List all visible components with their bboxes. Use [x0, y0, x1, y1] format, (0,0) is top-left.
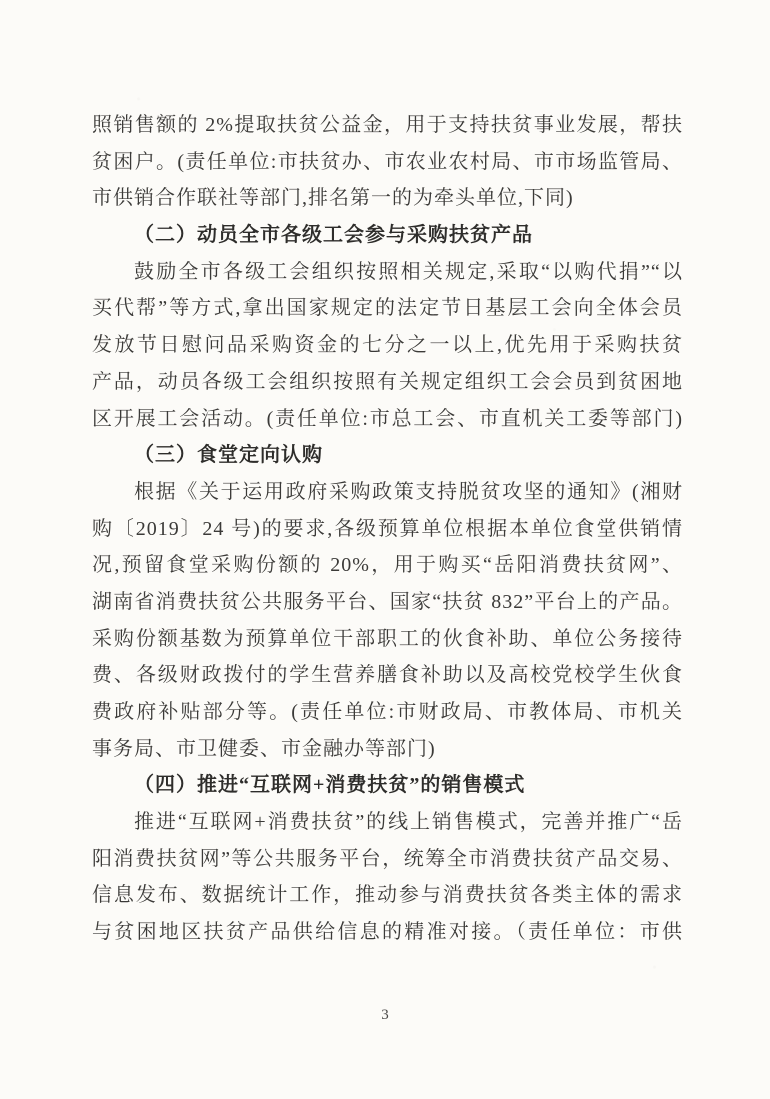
- text-line: 费政府补贴部分等。(责任单位:市财政局、市教体局、市机关: [92, 694, 683, 731]
- text-line: 湖南省消费扶贫公共服务平台、国家“扶贫 832”平台上的产品。: [92, 584, 683, 621]
- text-line: 鼓励全市各级工会组织按照相关规定,采取“以购代捐”“以: [92, 254, 683, 291]
- text-line: 发放节日慰问品采购资金的七分之一以上,优先用于采购扶贫: [92, 327, 683, 364]
- document-page: 照销售额的 2%提取扶贫公益金，用于支持扶贫事业发展，帮扶贫困户。(责任单位:市…: [0, 0, 770, 1099]
- text-line: 区开展工会活动。(责任单位:市总工会、市直机关工委等部门): [92, 401, 683, 438]
- text-line: 与贫困地区扶贫产品供给信息的精准对接。（责任单位：市供: [92, 914, 683, 951]
- text-line: 信息发布、数据统计工作，推动参与消费扶贫各类主体的需求: [92, 877, 683, 914]
- text-line: 费、各级财政拨付的学生营养膳食补助以及高校党校学生伙食: [92, 657, 683, 694]
- text-line: 照销售额的 2%提取扶贫公益金，用于支持扶贫事业发展，帮扶: [92, 107, 683, 144]
- text-line: 买代帮”等方式,拿出国家规定的法定节日基层工会向全体会员: [92, 290, 683, 327]
- text-line: 阳消费扶贫网”等公共服务平台，统筹全市消费扶贫产品交易、: [92, 841, 683, 878]
- section-heading: （四）推进“互联网+消费扶贫”的销售模式: [92, 767, 683, 804]
- text-line: 根据《关于运用政府采购政策支持脱贫攻坚的通知》(湘财: [92, 474, 683, 511]
- text-line: 事务局、市卫健委、市金融办等部门): [92, 731, 683, 768]
- page-number: 3: [0, 1007, 770, 1024]
- text-line: 推进“互联网+消费扶贫”的线上销售模式，完善并推广“岳: [92, 804, 683, 841]
- text-line: 市供销合作联社等部门,排名第一的为牵头单位,下同): [92, 180, 683, 217]
- section-heading: （三）食堂定向认购: [92, 437, 683, 474]
- document-body: 照销售额的 2%提取扶贫公益金，用于支持扶贫事业发展，帮扶贫困户。(责任单位:市…: [92, 107, 683, 951]
- text-line: 产品，动员各级工会组织按照有关规定组织工会会员到贫困地: [92, 364, 683, 401]
- text-line: 采购份额基数为预算单位干部职工的伙食补助、单位公务接待: [92, 621, 683, 658]
- text-line: 购〔2019〕24 号)的要求,各级预算单位根据本单位食堂供销情: [92, 511, 683, 548]
- section-heading: （二）动员全市各级工会参与采购扶贫产品: [92, 217, 683, 254]
- text-line: 贫困户。(责任单位:市扶贫办、市农业农村局、市市场监管局、: [92, 144, 683, 181]
- text-line: 况,预留食堂采购份额的 20%，用于购买“岳阳消费扶贫网”、: [92, 547, 683, 584]
